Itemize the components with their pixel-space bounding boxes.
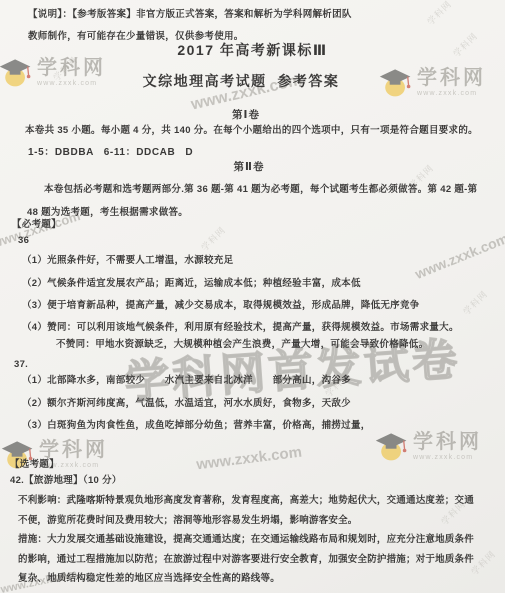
site-stamp-watermark: 学科网 <box>424 0 454 28</box>
site-url-label: www.zxxk.com <box>413 454 482 461</box>
doc-title-line-1: 2017 年高考新课标Ⅲ <box>0 44 505 57</box>
q36-answer-item: （3）便于培育新品种，提高产量，减少交易成本，取得规模效益，形成品牌，降低无序竞… <box>22 299 420 312</box>
q37-answer-item: （2）额尔齐斯河纬度高，气温低，水温适宜，河水水质好，食物多，天敌少 <box>22 397 351 410</box>
url-watermark: www.zxxk.com <box>413 230 505 282</box>
graduation-cap-icon <box>374 428 410 464</box>
q42-adverse-effects-paragraph: 不利影响：武隆喀斯特景观负地形高度发育著称，发育程度高，高差大；地势起伏大，交通… <box>18 491 480 530</box>
logo-text-block: 学科网 www.zxxk.com <box>413 432 482 461</box>
part1-heading: 第Ⅰ卷 <box>0 109 492 122</box>
notice-line-1: 【说明】：【参考版答案】非官方版正式答案，答案和解析为学科网解析团队 <box>28 8 352 21</box>
question-37-number: 37. <box>14 358 28 371</box>
question-36-number: 36 <box>18 234 29 247</box>
zxxk-logo-watermark: 学科网 www.zxxk.com <box>374 428 482 464</box>
site-url-label: www.zxxk.com <box>417 90 486 97</box>
required-questions-label: 【必考题】 <box>12 218 61 231</box>
site-stamp-watermark: 学科网 <box>198 223 228 253</box>
q36-answer-item: （2）气候条件适宜发展农产品；距离近，运输成本低；种植经验丰富，成本低 <box>22 277 361 290</box>
part1-intro: 本卷共 35 小题。每小题 4 分，共 140 分。在每个小题给出的四个选项中，… <box>25 124 495 137</box>
part2-intro: 本卷包括必考题和选考题两部分.第 36 题-第 41 题为必考题，每个试题考生都… <box>27 178 489 224</box>
part2-heading: 第Ⅱ卷 <box>0 161 498 174</box>
site-name-label: 学科网 <box>39 440 108 460</box>
doc-title-line-2: 文综地理高考试题 参考答案 <box>0 75 482 88</box>
q36-disagree-line: 不赞同：甲地水资源缺乏，大规模种植会产生浪费，产量大增，可能会导致价格降低。 <box>56 338 428 351</box>
optional-questions-label: 【选考题】 <box>10 458 59 471</box>
q42-measures-paragraph: 措施：大力发展交通基础设施建设，提高交通通达度；在交通运输线路布局和规划时，应充… <box>18 530 480 589</box>
scanned-answer-sheet-page: 学科网首发试卷 www.zxxk.com www.zxxk.com www.zx… <box>0 0 505 593</box>
url-watermark: www.zxxk.com <box>195 444 302 474</box>
site-name-label: 学科网 <box>413 432 482 452</box>
q37-answer-item: （1）北部降水多，南部较少 水汽主要来自北冰洋 部分高山，沟谷多 <box>22 374 351 387</box>
question-42-heading: 42.【旅游地理】（10 分） <box>10 474 122 487</box>
q36-answer-item: （4）赞同：可以利用该地气候条件，利用原有经验技术，提高产量，获得规模效益。市场… <box>22 321 459 334</box>
site-stamp-watermark: 学科网 <box>460 287 490 317</box>
q36-answer-item: （1）光照条件好，不需要人工增温，水源较充足 <box>22 254 233 267</box>
q37-answer-item: （3）白斑狗鱼为肉食性鱼，成鱼吃掉部分幼鱼；营养丰富，价格高，捕捞过量， <box>22 419 371 432</box>
multiple-choice-answers: 1-5：DBDBA 6-11：DDCAB D <box>28 146 193 159</box>
